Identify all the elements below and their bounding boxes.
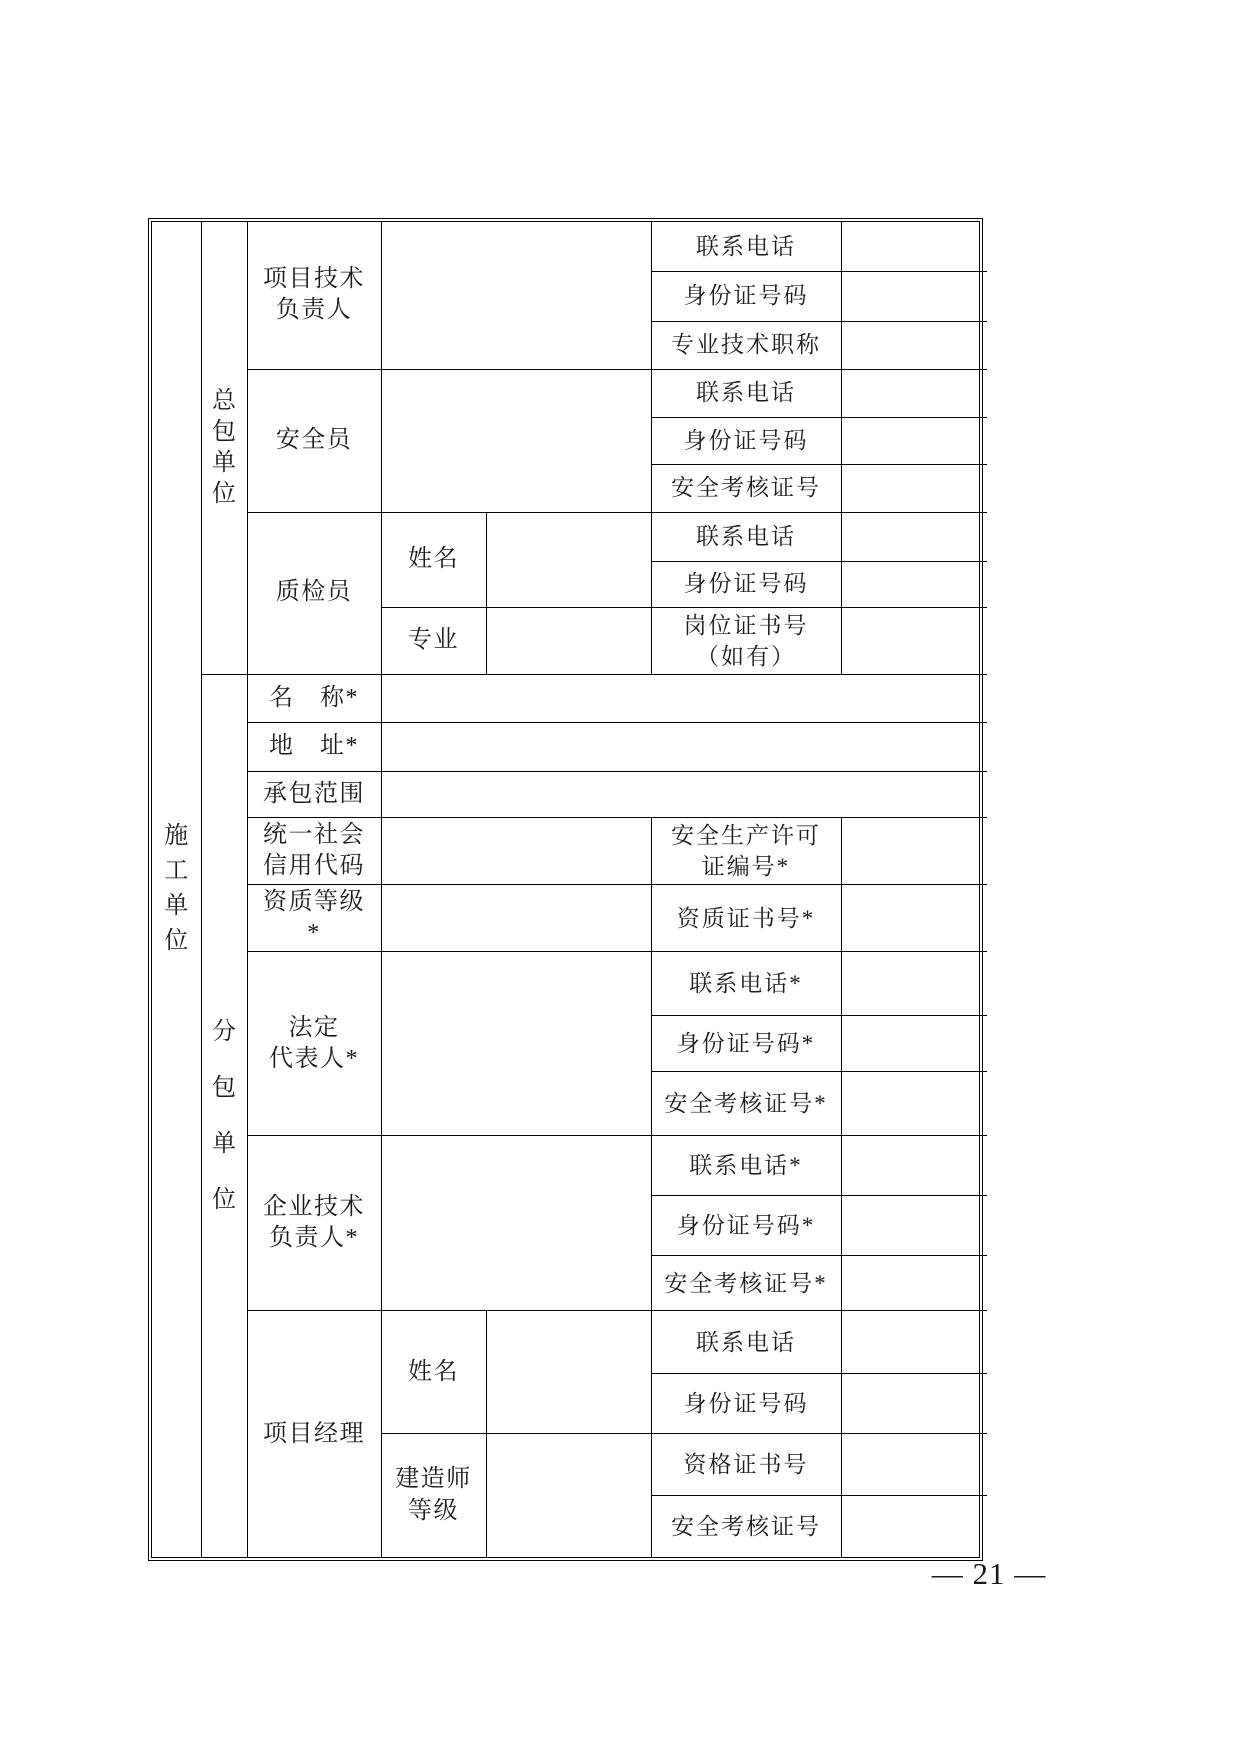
field-label: 安全考核证号* [651, 1072, 841, 1136]
role-title-quality-inspector: 质检员 [247, 512, 381, 674]
value-cell [841, 271, 987, 321]
field-label: 安全考核证号 [651, 464, 841, 512]
vertical-header-construction-unit: 施工单位 [152, 222, 201, 1557]
form-table: 施工单位 总包单位 项目技术 负责人 联系电话 身份证号码 专业技术职称 [152, 222, 987, 1557]
field-label: 联系电话* [651, 1136, 841, 1196]
label-qualification-cert-no: 资质证书号* [651, 884, 841, 951]
value-cell [486, 1434, 651, 1557]
value-cell [841, 464, 987, 512]
value-cell [841, 884, 987, 951]
label-company-name: 名 称* [247, 674, 381, 722]
form-table-container: 施工单位 总包单位 项目技术 负责人 联系电话 身份证号码 专业技术职称 [148, 218, 983, 1561]
value-cell [381, 771, 987, 817]
label-safety-production-permit: 安全生产许可 证编号* [651, 817, 841, 884]
sub-label-major: 专业 [381, 607, 486, 674]
sub-label-name: 姓名 [381, 1311, 486, 1434]
value-cell [841, 222, 987, 271]
document-page: 施工单位 总包单位 项目技术 负责人 联系电话 身份证号码 专业技术职称 [0, 0, 1240, 1753]
value-cell [381, 674, 987, 722]
value-cell [841, 1256, 987, 1311]
role-title-safety-officer: 安全员 [247, 369, 381, 512]
field-label: 身份证号码 [651, 1374, 841, 1434]
role-title-project-manager: 项目经理 [247, 1311, 381, 1557]
field-label: 身份证号码 [651, 271, 841, 321]
value-cell [486, 1311, 651, 1434]
value-cell [841, 1434, 987, 1496]
page-number: — 21 — [928, 1556, 1050, 1592]
field-label: 联系电话 [651, 369, 841, 417]
label-credit-code: 统一社会 信用代码 [247, 817, 381, 884]
value-cell [381, 952, 651, 1136]
sub-label-constructor-grade: 建造师 等级 [381, 1434, 486, 1557]
value-cell [381, 722, 987, 771]
value-cell [841, 1496, 987, 1557]
role-title-legal-representative: 法定 代表人* [247, 952, 381, 1136]
vertical-header-general-contractor: 总包单位 [201, 222, 247, 674]
value-cell [486, 607, 651, 674]
field-label: 安全考核证号 [651, 1496, 841, 1557]
field-label: 身份证号码 [651, 561, 841, 607]
value-cell [841, 1311, 987, 1374]
value-cell [841, 561, 987, 607]
field-label: 岗位证书号 （如有） [651, 607, 841, 674]
value-cell [841, 607, 987, 674]
field-label: 身份证号码* [651, 1196, 841, 1256]
value-cell [841, 321, 987, 369]
value-cell [841, 1136, 987, 1196]
value-cell [381, 1136, 651, 1311]
value-cell [841, 417, 987, 464]
field-label: 联系电话* [651, 952, 841, 1016]
vertical-header-construction-unit-text: 施工单位 [163, 819, 190, 959]
value-cell [381, 817, 651, 884]
value-cell [841, 1016, 987, 1072]
value-cell [381, 369, 651, 512]
field-label: 联系电话 [651, 1311, 841, 1374]
field-label: 联系电话 [651, 512, 841, 561]
sub-label-name: 姓名 [381, 512, 486, 607]
value-cell [381, 884, 651, 951]
role-title-project-tech-manager: 项目技术 负责人 [247, 222, 381, 369]
field-label: 安全考核证号* [651, 1256, 841, 1311]
value-cell [841, 1072, 987, 1136]
value-cell [841, 817, 987, 884]
label-contract-scope: 承包范围 [247, 771, 381, 817]
value-cell [841, 1196, 987, 1256]
label-qualification-grade: 资质等级 * [247, 884, 381, 951]
field-label: 联系电话 [651, 222, 841, 271]
value-cell [841, 369, 987, 417]
field-label: 身份证号码 [651, 417, 841, 464]
field-label: 专业技术职称 [651, 321, 841, 369]
vertical-header-subcontractor: 分包单位 [201, 674, 247, 1557]
vertical-header-subcontractor-text: 分包单位 [211, 1004, 238, 1228]
value-cell [841, 952, 987, 1016]
value-cell [486, 512, 651, 607]
value-cell [841, 1374, 987, 1434]
field-label: 资格证书号 [651, 1434, 841, 1496]
vertical-header-general-contractor-text: 总包单位 [211, 386, 238, 510]
value-cell [381, 222, 651, 369]
field-label: 身份证号码* [651, 1016, 841, 1072]
label-company-address: 地 址* [247, 722, 381, 771]
value-cell [841, 512, 987, 561]
role-title-enterprise-tech-manager: 企业技术 负责人* [247, 1136, 381, 1311]
